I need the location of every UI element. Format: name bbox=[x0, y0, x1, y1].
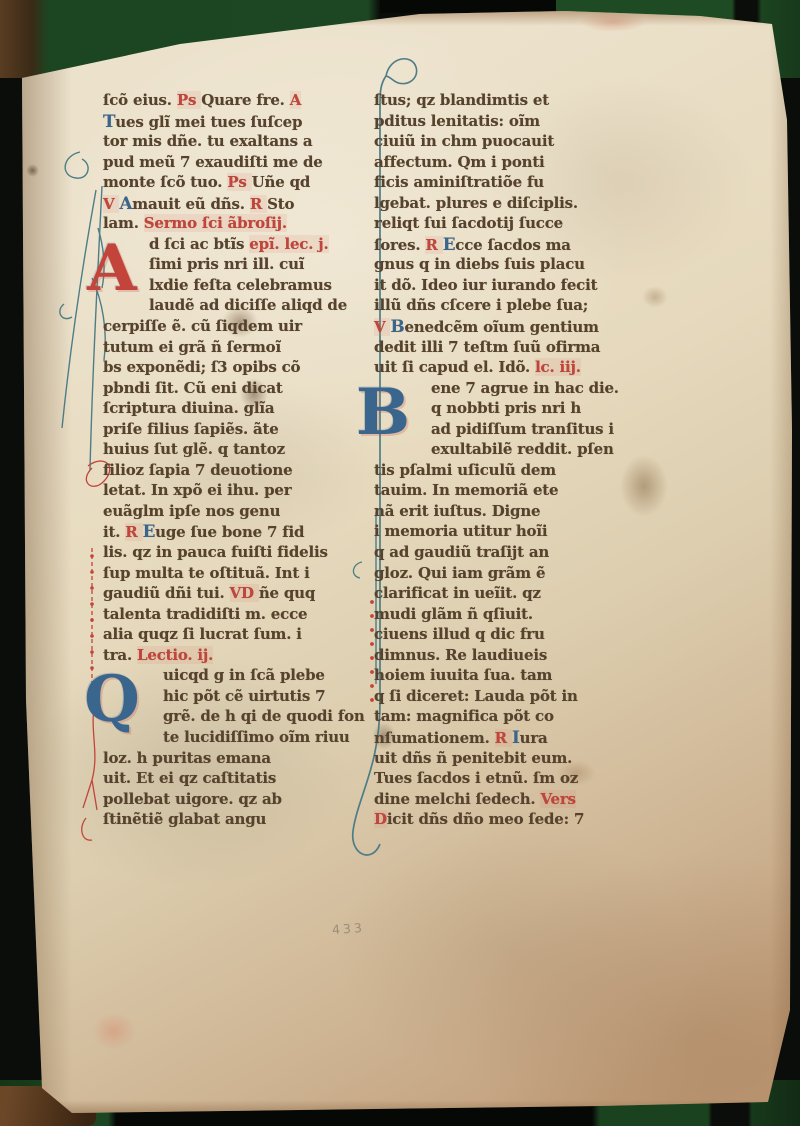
text-line: cerpiſſe ẽ. cũ ſiqdem uir bbox=[103, 316, 349, 337]
text-line: dedit illi 7 teſtm ſuũ ofirma bbox=[374, 337, 644, 358]
text-line: ſcriptura diuina. glĩa bbox=[103, 398, 349, 419]
text-line: dimnus. Re laudiueis bbox=[374, 645, 644, 666]
text-line: V Benedcẽm oĩum gentium bbox=[374, 316, 644, 337]
text-line: uit dñs ñ penitebit eum. bbox=[374, 748, 644, 769]
text-line: mudi glãm ñ qſiuit. bbox=[374, 604, 644, 625]
illuminated-initial-A: A bbox=[77, 228, 147, 310]
text-line: priſe filius ſapiẽs. ãte bbox=[103, 419, 349, 440]
text-line: ſcõ eius. Ps Quare fre. A bbox=[103, 90, 349, 111]
text-line: hoiem iuuita ſua. tam bbox=[374, 665, 644, 686]
parchment-stain bbox=[642, 286, 668, 308]
text-line: alia quqz ſi lucrat ſum. i bbox=[103, 624, 349, 645]
text-line: it dõ. Ideo iur iurando fecit bbox=[374, 275, 644, 296]
text-line: Dicit dñs dño meo ſede: 7 bbox=[374, 809, 644, 830]
manuscript-page: ſcõ eius. Ps Quare fre. ATues glĩ mei tu… bbox=[0, 0, 800, 1126]
text-line: tam: magnifica põt co bbox=[374, 706, 644, 727]
text-line: ciuiũ in chm puocauit bbox=[374, 131, 644, 152]
parchment-stain bbox=[92, 1012, 136, 1050]
text-line: gaudiũ dñi tui. VD ñe quq bbox=[103, 583, 349, 604]
text-line: lis. qz in pauca fuiſti fidelis bbox=[103, 542, 349, 563]
text-line: dine melchi ſedech. Vers bbox=[374, 789, 644, 810]
text-line: pud meũ 7 exaudiſti me de bbox=[103, 152, 349, 173]
text-line: nã erit iuſtus. Digne bbox=[374, 501, 644, 522]
text-line: tauim. In memoriã ete bbox=[374, 480, 644, 501]
text-line: loz. h puritas emana bbox=[103, 748, 349, 769]
text-line: bs exponẽdi; ſ3 opibs cõ bbox=[103, 357, 349, 378]
text-line: ſtus; qz blandimtis et bbox=[374, 90, 644, 111]
text-line: Tues glĩ mei tues ſuſcep bbox=[103, 111, 349, 132]
text-line: ſtinẽtiẽ glabat angu bbox=[103, 809, 349, 830]
text-column-right: ſtus; qz blandimtis etpditus lenitatis: … bbox=[374, 90, 644, 830]
text-line: tor mis dñe. tu exaltans a bbox=[103, 131, 349, 152]
text-line: tis pſalmi uſiculũ dem bbox=[374, 460, 644, 481]
text-line: huius ſut glẽ. q tantoz bbox=[103, 439, 349, 460]
parchment-stain bbox=[580, 12, 646, 32]
text-line: illũ dñs cſcere i plebe ſua; bbox=[374, 295, 644, 316]
text-line: talenta tradidiſti m. ecce bbox=[103, 604, 349, 625]
text-line: ficis aminiſtratiõe fu bbox=[374, 172, 644, 193]
text-line: Tues ſacdos i etnũ. ſm oz bbox=[374, 768, 644, 789]
text-line: reliqt ſui ſacdotij ſucce bbox=[374, 213, 644, 234]
text-line: gnus q in diebs ſuis placu bbox=[374, 254, 644, 275]
text-line: affectum. Qm i ponti bbox=[374, 152, 644, 173]
text-line: letat. In xpõ ei ihu. per bbox=[103, 480, 349, 501]
text-line: pbndi ſit. Cũ eni dicat bbox=[103, 378, 349, 399]
text-line: i memoria utitur hoĩi bbox=[374, 521, 644, 542]
pencil-folio-number: 433 bbox=[332, 920, 366, 937]
text-line: q ſi diceret: Lauda põt in bbox=[374, 686, 644, 707]
text-line: monte ſcõ tuo. Ps Uñe qd bbox=[103, 172, 349, 193]
text-line: it. R Euge ſue bone 7 fid bbox=[103, 521, 349, 542]
text-line: nſumationem. R Iura bbox=[374, 727, 644, 748]
text-line: ſup multa te oſtituã. Int i bbox=[103, 563, 349, 584]
text-line: q ad gaudiũ traſijt an bbox=[374, 542, 644, 563]
text-line: V Amauit eũ dñs. R Sto bbox=[103, 193, 349, 214]
text-line: uit. Et ei qz caſtitatis bbox=[103, 768, 349, 789]
illuminated-initial-Q: Q bbox=[77, 659, 147, 741]
backdrop-shadow bbox=[380, 0, 556, 13]
illuminated-initial-B: B bbox=[348, 372, 418, 454]
photo-backdrop: ſcõ eius. Ps Quare fre. ATues glĩ mei tu… bbox=[0, 0, 800, 1126]
text-line: pditus lenitatis: oĩm bbox=[374, 111, 644, 132]
text-line: gloz. Qui iam grãm ẽ bbox=[374, 563, 644, 584]
text-column-left: ſcõ eius. Ps Quare fre. ATues glĩ mei tu… bbox=[103, 90, 349, 830]
text-line: clarificat in ueĩit. qz bbox=[374, 583, 644, 604]
book-page-edges bbox=[0, 40, 23, 1102]
parchment-stain bbox=[26, 164, 39, 177]
text-line: tutum ei grã ñ ſermoĩ bbox=[103, 337, 349, 358]
text-line: ſores. R Ecce ſacdos ma bbox=[374, 234, 644, 255]
text-line: lgebat. plures e diſciplis. bbox=[374, 193, 644, 214]
text-line: pollebat uigore. qz ab bbox=[103, 789, 349, 810]
text-line: filioz ſapia 7 deuotione bbox=[103, 460, 349, 481]
text-line: euãglm ipſe nos genu bbox=[103, 501, 349, 522]
text-line: ciuens illud q dic fru bbox=[374, 624, 644, 645]
